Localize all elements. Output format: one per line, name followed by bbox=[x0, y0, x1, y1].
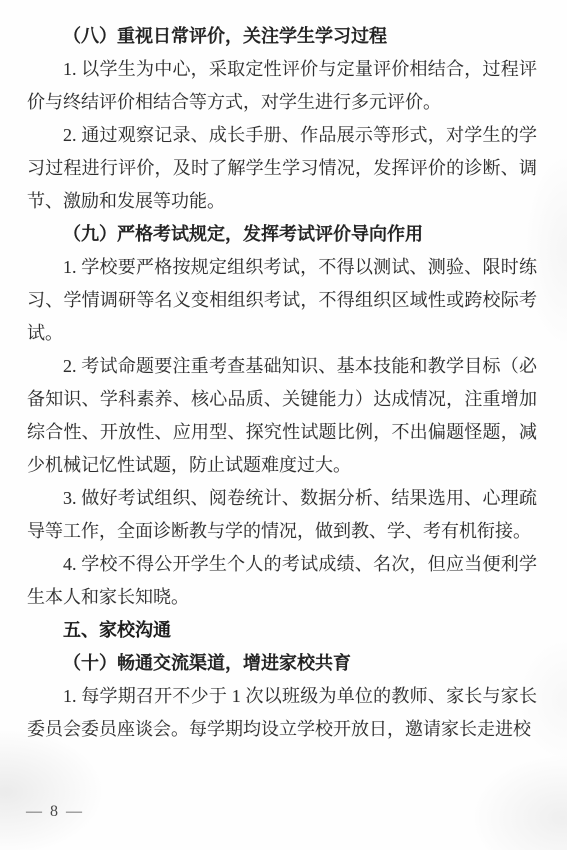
doc-paragraph: 2. 通过观察记录、成长手册、作品展示等形式，对学生的学习过程进行评价，及时了解… bbox=[27, 119, 537, 218]
doc-section: 五、家校沟通 bbox=[27, 614, 537, 647]
doc-heading: （十）畅通交流渠道，增进家校共育 bbox=[27, 647, 537, 680]
doc-paragraph: 2. 考试命题要注重考查基础知识、基本技能和教学目标（必备知识、学科素养、核心品… bbox=[27, 350, 537, 482]
doc-paragraph: 4. 学校不得公开学生个人的考试成绩、名次，但应当便利学生本人和家长知晓。 bbox=[27, 548, 537, 614]
doc-paragraph: 1. 以学生为中心，采取定性评价与定量评价相结合，过程评价与终结评价相结合等方式… bbox=[27, 53, 537, 119]
document-content: （八）重视日常评价，关注学生学习过程1. 以学生为中心，采取定性评价与定量评价相… bbox=[27, 20, 537, 746]
doc-paragraph: 1. 每学期召开不少于 1 次以班级为单位的教师、家长与家长委员会委员座谈会。每… bbox=[27, 680, 537, 746]
page-number: — 8 — bbox=[26, 803, 84, 821]
doc-paragraph: 3. 做好考试组织、阅卷统计、数据分析、结果选用、心理疏导等工作，全面诊断教与学… bbox=[27, 482, 537, 548]
doc-paragraph: 1. 学校要严格按规定组织考试，不得以测试、测验、限时练习、学情调研等名义变相组… bbox=[27, 251, 537, 350]
doc-heading: （九）严格考试规定，发挥考试评价导向作用 bbox=[27, 218, 537, 251]
document-page: （八）重视日常评价，关注学生学习过程1. 以学生为中心，采取定性评价与定量评价相… bbox=[0, 0, 567, 850]
doc-heading: （八）重视日常评价，关注学生学习过程 bbox=[27, 20, 537, 53]
